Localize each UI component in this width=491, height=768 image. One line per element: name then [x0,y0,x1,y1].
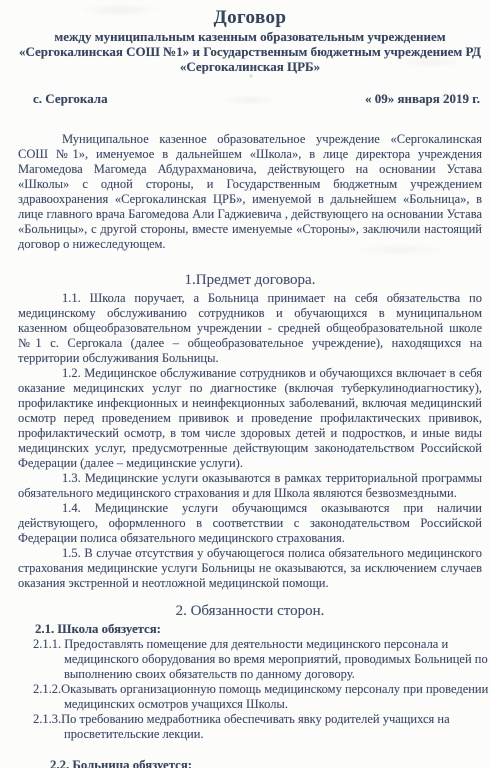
clause-2-1-3: 2.1.3.По требованию медработника обеспеч… [33,712,491,742]
clause-1-2: 1.2. Медицинское обслуживание сотруднико… [18,366,482,471]
clause-1-5: 1.5. В случае отсутствия у обучающегося … [18,546,482,591]
subtitle-line-1: между муниципальным казенным образовател… [18,29,482,44]
subtitle-line-2: «Сергокалинская СОШ №1» и Государственны… [18,44,482,59]
clause-2-1-heading: 2.1. Школа обязуется: [35,622,482,637]
clause-2-1-1: 2.1.1. Предоставлять помещение для деяте… [33,637,491,682]
clause-1-3: 1.3. Медицинские услуги оказываются в ра… [18,471,482,501]
intro-paragraph: Муниципальное казенное образовательное у… [18,132,482,252]
document-title: Договор [18,7,482,29]
clause-1-1: 1.1. Школа поручает, а Больница принимае… [18,291,482,366]
subtitle-line-3: «Сергокалинская ЦРБ» [18,59,482,74]
clause-2-2-heading: 2.2. Больница обязуется: [50,758,482,768]
clause-2-1-2: 2.1.2.Оказывать организационную помощь м… [33,682,491,712]
clause-1-4: 1.4. Медицинские услуги обучающимся оказ… [18,501,482,546]
place-date-row: с. Сергокала « 09» января 2019 г. [18,91,482,107]
section-1-heading: 1.Предмет договора. [18,271,482,289]
document-content: Договор между муниципальным казенным обр… [18,0,482,768]
document-subtitle: между муниципальным казенным образовател… [18,29,482,74]
date-label: « 09» января 2019 г. [365,91,480,107]
section-2-heading: 2. Обязанности сторон. [18,602,482,620]
contract-document-page: Договор между муниципальным казенным обр… [0,0,491,768]
place-label: с. Сергокала [33,91,108,107]
